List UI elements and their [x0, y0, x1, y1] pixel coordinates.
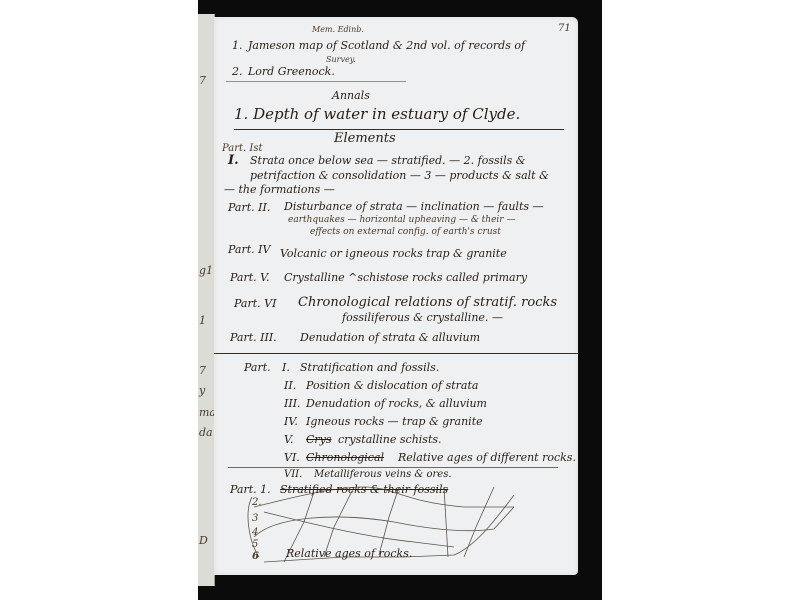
prev-page-mark: da — [199, 426, 213, 439]
prev-page-mark: y — [199, 384, 205, 397]
prev-page-mark: 7 — [199, 364, 206, 377]
prev-page-mark: 7 — [199, 74, 206, 87]
previous-page-edge: 7 g1 1 7 y ma da D — [198, 14, 215, 586]
prev-page-mark: D — [199, 534, 208, 547]
cross-out-scribble — [214, 17, 578, 575]
notebook-page: 71 Mem. Edinb. 1. Jameson map of Scotlan… — [214, 17, 578, 575]
prev-page-mark: 1 — [199, 314, 206, 327]
prev-page-mark: g1 — [199, 264, 213, 277]
